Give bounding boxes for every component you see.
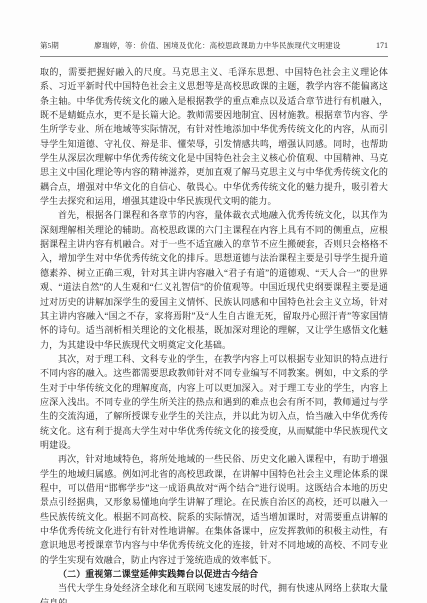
page-number: 171 [376, 40, 388, 52]
paragraph-third-point: 再次，针对地域特色，将所处地域的一些民俗、历史文化融入课程中，有助于增强学生的地… [40, 452, 388, 567]
issue-label: 第5期 [40, 40, 59, 52]
header-divider [40, 56, 388, 57]
subsection-heading: （二）重视第二课堂延伸实践舞台以促进古今结合 [40, 567, 388, 581]
body-text: 取的，需要把握好融入的尺度。马克思主义、毛泽东思想、中国特色社会主义理论体系、习… [40, 65, 388, 603]
running-title: 廖瑞婷，等：价值、困境及优化：高校思政课助力中华民族现代文明建设 [59, 40, 376, 52]
paragraph-first-point: 首先，根据各门课程和各章节的内容，量体裁衣式地融入优秀传统文化，以其作为深刻理解… [40, 208, 388, 351]
paragraph-second-point: 其次，对于理工科、文科专业的学生，在教学内容上可以根据专业知识的特点进行不同内容… [40, 352, 388, 452]
paper-page: 第5期 廖瑞婷，等：价值、困境及优化：高校思政课助力中华民族现代文明建设 171… [0, 0, 427, 603]
paragraph-continuation: 取的，需要把握好融入的尺度。马克思主义、毛泽东思想、中国特色社会主义理论体系、习… [40, 65, 388, 208]
paragraph-closing: 当代大学生身处经济全球化和互联网飞速发展的时代，拥有快速从网络上获取大量信息的 [40, 581, 388, 603]
page-header: 第5期 廖瑞婷，等：价值、困境及优化：高校思政课助力中华民族现代文明建设 171 [40, 40, 388, 52]
